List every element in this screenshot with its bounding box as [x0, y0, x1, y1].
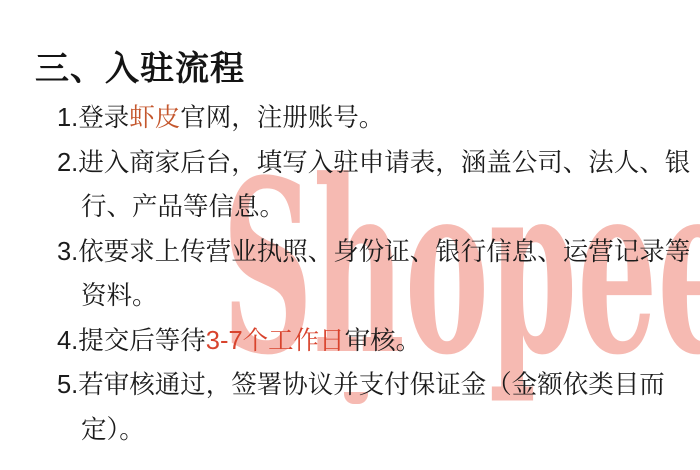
step-5: 5.若审核通过，签署协议并支付保证金（金额依类目而 定）。 — [57, 363, 700, 452]
step-text: 5.若审核通过，签署协议并支付保证金（金额依类目而 — [57, 371, 665, 399]
article-page: Shopee 三、入驻流程 1.登录虾皮官网，注册账号。 2.进入商家后台，填写… — [0, 0, 700, 470]
step-text: 2.进入商家后台，填写入驻申请表，涵盖公司、法人、银 — [57, 149, 690, 177]
step-5-line-1: 5.若审核通过，签署协议并支付保证金（金额依类目而 — [57, 363, 700, 408]
step-4-line-1: 4.提交后等待3-7个工作日审核。 — [57, 319, 700, 364]
step-2: 2.进入商家后台，填写入驻申请表，涵盖公司、法人、银 行、产品等信息。 — [57, 141, 700, 230]
highlight-review-days: 3-7个工作日 — [206, 327, 345, 355]
step-3-line-1: 3.依要求上传营业执照、身份证、银行信息、运营记录等 — [57, 230, 700, 275]
steps-list: 1.登录虾皮官网，注册账号。 2.进入商家后台，填写入驻申请表，涵盖公司、法人、… — [57, 96, 700, 452]
step-5-line-2: 定）。 — [57, 408, 700, 453]
step-2-line-1: 2.进入商家后台，填写入驻申请表，涵盖公司、法人、银 — [57, 141, 700, 186]
step-3-line-2: 资料。 — [57, 274, 700, 319]
page-title: 三、入驻流程 — [35, 41, 245, 90]
step-text: 4.提交后等待 — [57, 327, 206, 355]
step-text: 1.登录 — [57, 104, 129, 132]
step-3: 3.依要求上传营业执照、身份证、银行信息、运营记录等 资料。 — [57, 230, 700, 319]
step-text: 行、产品等信息。 — [81, 193, 285, 221]
step-text: 资料。 — [81, 282, 158, 310]
step-4: 4.提交后等待3-7个工作日审核。 — [57, 319, 700, 364]
highlight-shopee-cn: 虾皮 — [129, 104, 180, 132]
step-2-line-2: 行、产品等信息。 — [57, 185, 700, 230]
step-text: 审核。 — [345, 327, 422, 355]
step-1: 1.登录虾皮官网，注册账号。 — [57, 96, 700, 141]
step-text: 官网，注册账号。 — [180, 104, 384, 132]
step-text: 3.依要求上传营业执照、身份证、银行信息、运营记录等 — [57, 238, 690, 266]
step-1-line-1: 1.登录虾皮官网，注册账号。 — [57, 96, 700, 141]
step-text: 定）。 — [81, 416, 145, 444]
